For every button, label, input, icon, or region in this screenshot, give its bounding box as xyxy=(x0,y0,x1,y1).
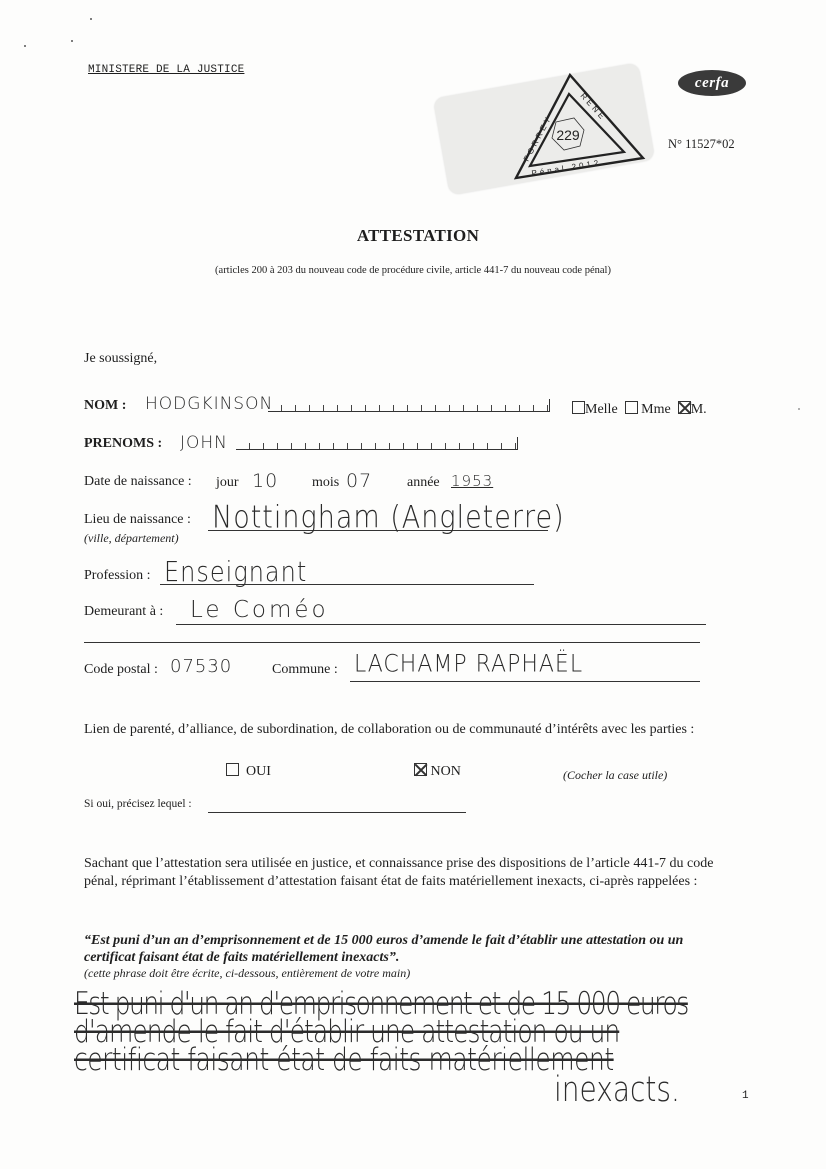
legal-quote: “Est puni d’un an d’emprisonnement et de… xyxy=(84,932,734,966)
code-postal-label: Code postal : xyxy=(84,662,158,678)
profession-label: Profession : xyxy=(84,568,151,584)
profession-value[interactable]: Enseignant xyxy=(164,556,307,588)
stamp-triangle-icon: 229 FORREY RENE Pénal 2012 xyxy=(508,70,648,185)
commune-line xyxy=(350,681,700,682)
demeurant-value[interactable]: Le Coméo xyxy=(190,597,329,623)
prenoms-label: PRENOMS : xyxy=(84,436,162,452)
demeurant-line-2 xyxy=(84,642,700,643)
commune-value[interactable]: LACHAMP RAPHAËL xyxy=(354,651,583,679)
mois-label: mois xyxy=(312,475,339,491)
m-checkbox[interactable] xyxy=(678,401,691,414)
lien-question: Lien de parenté, d’alliance, de subordin… xyxy=(84,721,734,739)
jour-label: jour xyxy=(216,475,239,491)
page-title: ATTESTATION xyxy=(0,226,826,246)
nom-comb-end xyxy=(549,399,550,411)
mme-label: Mme xyxy=(641,402,671,417)
non-checkbox[interactable] xyxy=(414,763,427,776)
lieu-naissance-value[interactable]: Nottingham (Angleterre) xyxy=(212,500,565,536)
melle-label: Melle xyxy=(585,402,618,417)
annee-value[interactable]: 1953 xyxy=(451,472,493,490)
handwritten-copy[interactable]: Est puni d'un an d'emprisonnement et de … xyxy=(74,990,774,1098)
scan-speck xyxy=(798,408,800,410)
demeurant-label: Demeurant à : xyxy=(84,604,163,620)
non-option: NON xyxy=(414,763,461,780)
page-number: 1 xyxy=(742,1090,749,1102)
annee-label: année xyxy=(407,475,440,491)
non-label: NON xyxy=(431,764,461,779)
lien-hint: (Cocher la case utile) xyxy=(563,768,667,783)
precisez-label: Si oui, précisez lequel : xyxy=(84,798,192,810)
intro-text: Je soussigné, xyxy=(84,351,157,367)
quote-note: (cette phrase doit être écrite, ci-desso… xyxy=(84,966,410,981)
m-label: M. xyxy=(691,402,707,417)
prenoms-comb-end xyxy=(517,437,518,449)
scan-speck xyxy=(24,45,26,47)
mme-checkbox[interactable] xyxy=(625,401,638,414)
prenoms-value[interactable]: JOHN xyxy=(180,433,228,453)
page-subtitle: (articles 200 à 203 du nouveau code de p… xyxy=(0,265,826,276)
mois-value[interactable]: 07 xyxy=(346,470,372,492)
svg-text:FORREY: FORREY xyxy=(522,113,554,163)
nom-label: NOM : xyxy=(84,398,126,414)
svg-text:229: 229 xyxy=(556,127,580,143)
cerfa-logo: cerfa xyxy=(678,70,746,96)
civility-group: Melle Mme M. xyxy=(572,401,707,418)
date-naissance-label: Date de naissance : xyxy=(84,474,192,490)
demeurant-line xyxy=(176,624,706,625)
sachant-paragraph: Sachant que l’attestation sera utilisée … xyxy=(84,855,714,891)
prenoms-comb-field xyxy=(236,441,518,450)
scan-speck xyxy=(71,40,73,42)
code-postal-value[interactable]: 07530 xyxy=(170,656,232,677)
scan-speck xyxy=(90,18,92,20)
commune-label: Commune : xyxy=(272,662,338,678)
precisez-input[interactable] xyxy=(208,812,466,813)
ministry-heading: MINISTERE DE LA JUSTICE xyxy=(88,64,244,76)
nom-value[interactable]: HODGKINSON xyxy=(145,394,273,414)
handwritten-line: inexacts. xyxy=(554,1076,774,1104)
lieu-naissance-sublabel: (ville, département) xyxy=(84,531,179,546)
oui-label: OUI xyxy=(246,764,271,779)
jour-value[interactable]: 10 xyxy=(252,470,278,492)
oui-checkbox[interactable] xyxy=(226,763,239,776)
nom-comb-field xyxy=(268,403,550,412)
melle-checkbox[interactable] xyxy=(572,401,585,414)
lieu-naissance-label: Lieu de naissance : xyxy=(84,512,191,528)
oui-option: OUI xyxy=(226,763,271,780)
form-number: N° 11527*02 xyxy=(668,137,735,152)
